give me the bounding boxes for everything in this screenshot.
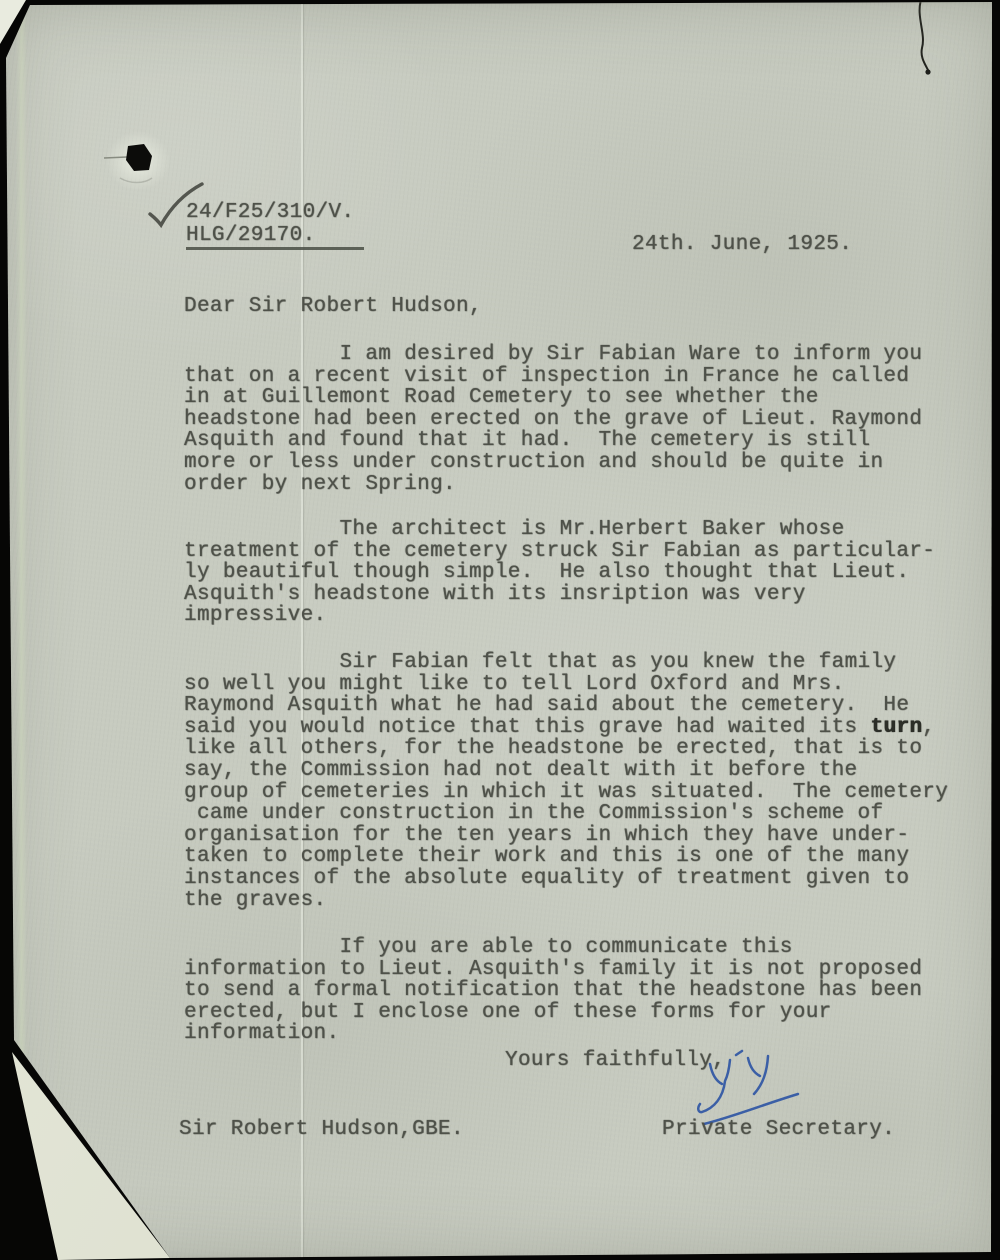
paragraph-2: The architect is Mr.Herbert Baker whose … <box>184 519 935 627</box>
letter-date: 24th. June, 1925. <box>632 234 852 256</box>
paragraph-3-overstruck-word: turn <box>870 716 922 739</box>
paragraph-4: If you are able to communicate this info… <box>184 937 922 1045</box>
paragraph-3: Sir Fabian felt that as you knew the fam… <box>184 652 948 911</box>
reference-number: 24/F25/310/V. <box>186 202 354 224</box>
vertical-fold-crease <box>301 0 303 1260</box>
file-number-underlined: HLG/29170. <box>186 225 364 250</box>
paragraph-3-text-cont: , like all others, for the headstone be … <box>184 716 948 912</box>
salutation: Dear Sir Robert Hudson, <box>184 296 482 318</box>
recipient-name: Sir Robert Hudson,GBE. <box>179 1119 464 1141</box>
letter-paper: 24/F25/310/V. HLG/29170. 24th. June, 192… <box>0 0 1000 1260</box>
scanned-letter-page: 24/F25/310/V. HLG/29170. 24th. June, 192… <box>0 0 1000 1260</box>
thread-fiber-icon <box>905 0 945 82</box>
file-number: HLG/29170. <box>186 225 364 250</box>
paragraph-3-text: Sir Fabian felt that as you knew the fam… <box>184 651 909 739</box>
paragraph-1: I am desired by Sir Fabian Ware to infor… <box>184 344 922 495</box>
sender-title: Private Secretary. <box>662 1119 895 1141</box>
